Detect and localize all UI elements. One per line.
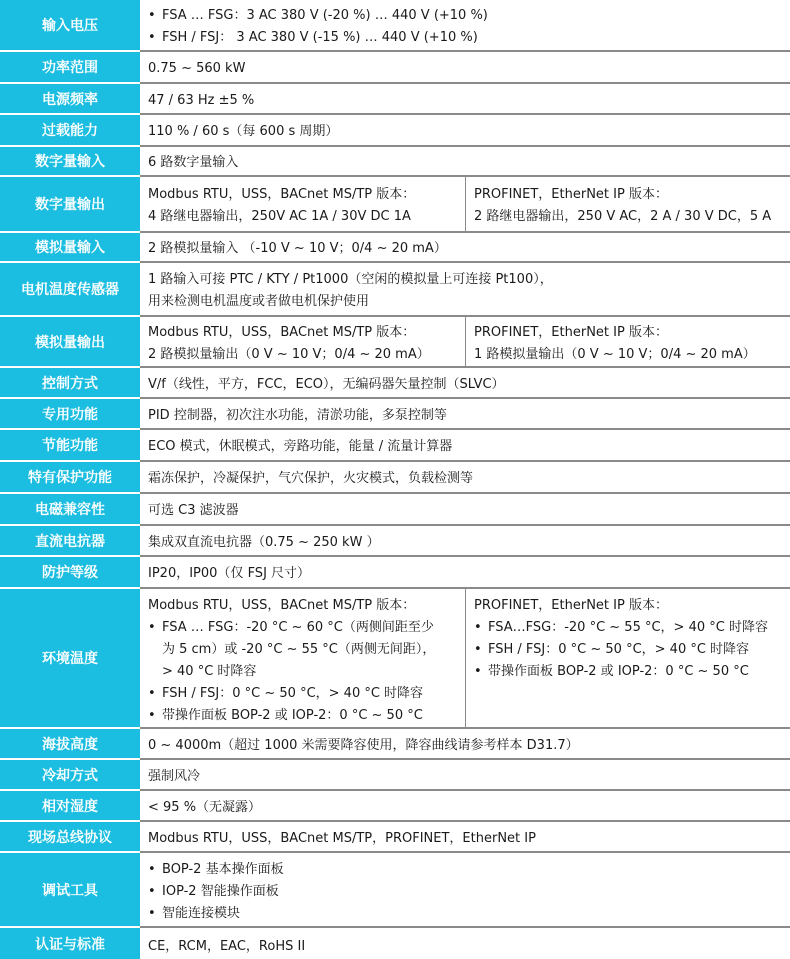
variant-value: 1 路模拟量输出（0 V ~ 10 V；0/4 ~ 20 mA） — [474, 344, 782, 366]
bullet-line: FSA … FSG：3 AC 380 V (-20 %) … 440 V (+1… — [148, 5, 782, 27]
bullet-continuation: > 40 °C 时降容 — [148, 661, 457, 683]
bullet-line: FSH / FSJ：0 °C ~ 50 °C，> 40 °C 时降容 — [474, 639, 782, 661]
row-cooling: 冷却方式 强制风冷 — [0, 760, 790, 791]
variant-heading: PROFINET，EtherNet IP 版本： — [474, 595, 782, 617]
row-altitude: 海拔高度 0 ~ 4000m（超过 1000 米需要降容使用，降容曲线请参考样本… — [0, 729, 790, 760]
row-value: 6 路数字量输入 — [148, 152, 782, 174]
row-value: < 95 %（无凝露） — [148, 797, 782, 819]
row-dc-reactor: 直流电抗器 集成双直流电抗器（0.75 ~ 250 kW ） — [0, 526, 790, 557]
row-label: 特有保护功能 — [0, 462, 140, 492]
row-commissioning-tools: 调试工具 BOP-2 基本操作面板 IOP-2 智能操作面板 智能连接模块 — [0, 853, 790, 928]
bullet-line: FSH / FSJ： 3 AC 380 V (-15 %) … 440 V (+… — [148, 27, 782, 49]
row-label: 功率范围 — [0, 52, 140, 82]
row-overload: 过载能力 110 % / 60 s（每 600 s 周期） — [0, 115, 790, 147]
variant-heading: PROFINET，EtherNet IP 版本： — [474, 184, 782, 206]
row-value: 47 / 63 Hz ±5 % — [148, 90, 782, 112]
bullet-line: 智能连接模块 — [148, 903, 782, 925]
row-control-mode: 控制方式 V/f（线性，平方，FCC，ECO），无编码器矢量控制（SLVC） — [0, 368, 790, 399]
row-value: V/f（线性，平方，FCC，ECO），无编码器矢量控制（SLVC） — [148, 374, 782, 396]
row-label: 数字量输出 — [0, 177, 140, 231]
row-motor-temp-sensor: 电机温度传感器 1 路输入可接 PTC / KTY / Pt1000（空闲的模拟… — [0, 263, 790, 317]
variant-heading: Modbus RTU，USS，BACnet MS/TP 版本： — [148, 184, 457, 206]
row-value: IP20，IP00（仅 FSJ 尺寸） — [148, 563, 782, 585]
row-label: 电源频率 — [0, 84, 140, 113]
row-fieldbus: 现场总线协议 Modbus RTU，USS，BACnet MS/TP，PROFI… — [0, 822, 790, 853]
row-label: 控制方式 — [0, 368, 140, 397]
row-supply-frequency: 电源频率 47 / 63 Hz ±5 % — [0, 84, 790, 115]
row-value: 可选 C3 滤波器 — [148, 500, 782, 522]
row-label: 相对湿度 — [0, 791, 140, 820]
row-emc: 电磁兼容性 可选 C3 滤波器 — [0, 494, 790, 526]
row-power-range: 功率范围 0.75 ~ 560 kW — [0, 52, 790, 84]
row-label: 节能功能 — [0, 430, 140, 460]
row-label: 现场总线协议 — [0, 822, 140, 851]
row-certification: 认证与标准 CE，RCM，EAC，RoHS II — [0, 928, 790, 959]
row-label: 电机温度传感器 — [0, 263, 140, 315]
bullet-line: 带操作面板 BOP-2 或 IOP-2：0 °C ~ 50 °C — [474, 661, 782, 683]
row-value: 0.75 ~ 560 kW — [148, 58, 782, 80]
row-value: PID 控制器，初次注水功能，清淤功能，多泵控制等 — [148, 405, 782, 427]
bullet-line: IOP-2 智能操作面板 — [148, 881, 782, 903]
row-label: 环境温度 — [0, 589, 140, 727]
spec-table: 输入电压 FSA … FSG：3 AC 380 V (-20 %) … 440 … — [0, 0, 790, 959]
row-value: 110 % / 60 s（每 600 s 周期） — [148, 121, 782, 143]
bullet-line: FSA…FSG：-20 °C ~ 55 °C，> 40 °C 时降容 — [474, 617, 782, 639]
row-digital-output: 数字量输出 Modbus RTU，USS，BACnet MS/TP 版本： 4 … — [0, 177, 790, 233]
row-analog-input: 模拟量输入 2 路模拟量输入 （-10 V ~ 10 V；0/4 ~ 20 mA… — [0, 233, 790, 263]
row-value: 强制风冷 — [148, 766, 782, 788]
row-label: 模拟量输出 — [0, 317, 140, 366]
row-label: 防护等级 — [0, 557, 140, 587]
row-protection-functions: 特有保护功能 霜冻保护，冷凝保护，气穴保护，火灾模式，负载检测等 — [0, 462, 790, 494]
row-value: 2 路模拟量输入 （-10 V ~ 10 V；0/4 ~ 20 mA） — [148, 238, 782, 260]
row-special-functions: 专用功能 PID 控制器，初次注水功能，清淤功能，多泵控制等 — [0, 399, 790, 430]
bullet-continuation: 为 5 cm）或 -20 °C ~ 55 °C（两侧无间距）， — [148, 639, 457, 661]
row-input-voltage: 输入电压 FSA … FSG：3 AC 380 V (-20 %) … 440 … — [0, 0, 790, 52]
row-value: 集成双直流电抗器（0.75 ~ 250 kW ） — [148, 532, 782, 554]
variant-value: 2 路模拟量输出（0 V ~ 10 V；0/4 ~ 20 mA） — [148, 344, 457, 366]
row-label: 数字量输入 — [0, 147, 140, 175]
row-value: Modbus RTU，USS，BACnet MS/TP，PROFINET，Eth… — [148, 828, 782, 850]
row-label: 海拔高度 — [0, 729, 140, 758]
row-value: 0 ~ 4000m（超过 1000 米需要降容使用，降容曲线请参考样本 D31.… — [148, 735, 782, 757]
row-humidity: 相对湿度 < 95 %（无凝露） — [0, 791, 790, 822]
variant-heading: PROFINET，EtherNet IP 版本： — [474, 322, 782, 344]
row-label: 电磁兼容性 — [0, 494, 140, 524]
bullet-line: 带操作面板 BOP-2 或 IOP-2：0 °C ~ 50 °C — [148, 705, 457, 727]
variant-heading: Modbus RTU，USS，BACnet MS/TP 版本： — [148, 595, 457, 617]
row-value-line: 用来检测电机温度或者做电机保护使用 — [148, 291, 782, 313]
row-label: 认证与标准 — [0, 928, 140, 959]
row-ambient-temperature: 环境温度 Modbus RTU，USS，BACnet MS/TP 版本： FSA… — [0, 589, 790, 729]
bullet-line: FSA … FSG：-20 °C ~ 60 °C（两侧间距至少 — [148, 617, 457, 639]
row-analog-output: 模拟量输出 Modbus RTU，USS，BACnet MS/TP 版本： 2 … — [0, 317, 790, 368]
row-label: 直流电抗器 — [0, 526, 140, 555]
row-label: 输入电压 — [0, 0, 140, 50]
row-protection-class: 防护等级 IP20，IP00（仅 FSJ 尺寸） — [0, 557, 790, 589]
variant-heading: Modbus RTU，USS，BACnet MS/TP 版本： — [148, 322, 457, 344]
row-value: CE，RCM，EAC，RoHS II — [148, 936, 782, 958]
row-label: 过载能力 — [0, 115, 140, 145]
row-label: 模拟量输入 — [0, 233, 140, 261]
variant-value: 4 路继电器输出，250V AC 1A / 30V DC 1A — [148, 206, 457, 228]
row-label: 专用功能 — [0, 399, 140, 428]
row-value: ECO 模式，休眠模式，旁路功能，能量 / 流量计算器 — [148, 436, 782, 458]
row-label: 冷却方式 — [0, 760, 140, 789]
row-label: 调试工具 — [0, 853, 140, 926]
bullet-line: FSH / FSJ：0 °C ~ 50 °C，> 40 °C 时降容 — [148, 683, 457, 705]
row-value: 霜冻保护，冷凝保护，气穴保护，火灾模式，负载检测等 — [148, 468, 782, 490]
bullet-line: BOP-2 基本操作面板 — [148, 859, 782, 881]
row-digital-input: 数字量输入 6 路数字量输入 — [0, 147, 790, 177]
row-value-line: 1 路输入可接 PTC / KTY / Pt1000（空闲的模拟量上可连接 Pt… — [148, 269, 782, 291]
row-energy-saving: 节能功能 ECO 模式，休眠模式，旁路功能，能量 / 流量计算器 — [0, 430, 790, 462]
variant-value: 2 路继电器输出，250 V AC，2 A / 30 V DC，5 A — [474, 206, 782, 228]
